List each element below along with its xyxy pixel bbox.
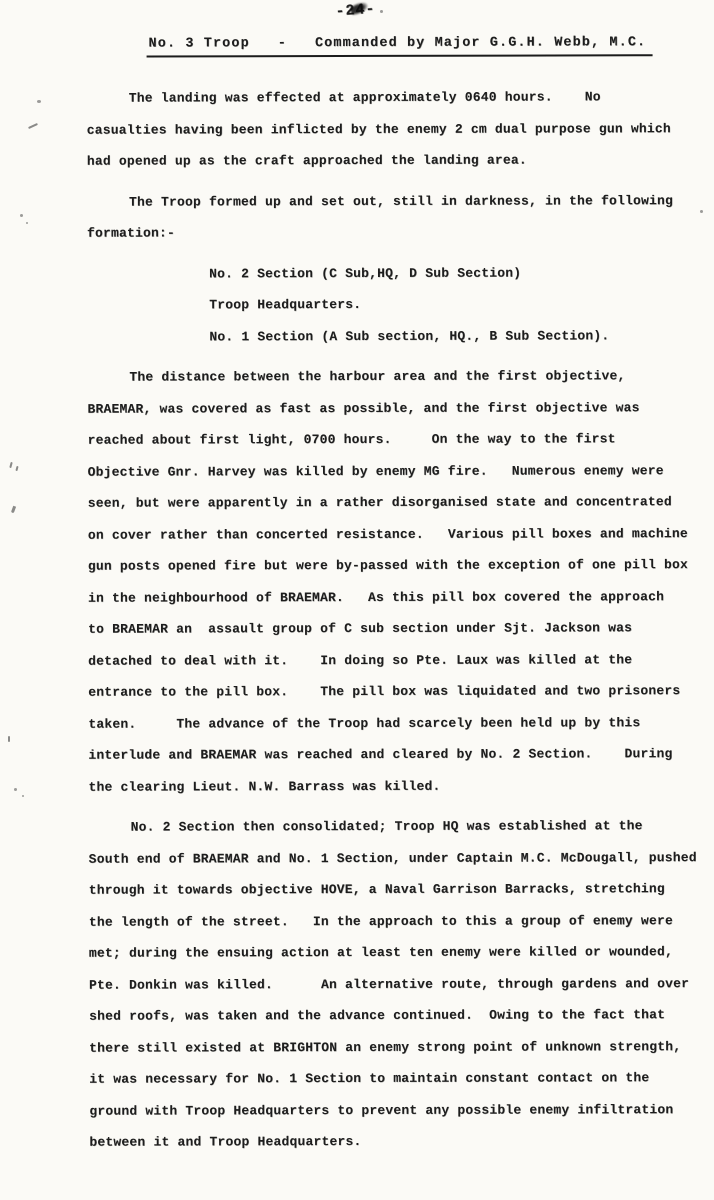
text-line: it was necessary for No. 1 Section to ma… [89, 1062, 697, 1095]
paragraph-formation-intro: The Troop formed up and set out, still i… [87, 185, 695, 250]
scan-speck [20, 214, 23, 217]
text-line: there still existed at BRIGHTON an enemy… [89, 1031, 697, 1064]
page-number: -24- [335, 1, 376, 21]
text-line: South end of BRAEMAR and No. 1 Section, … [89, 842, 697, 875]
text-line: to BRAEMAR an assault group of C sub sec… [88, 612, 696, 645]
text-line: formation:- [87, 216, 695, 249]
text-line: between it and Troop Headquarters. [89, 1125, 697, 1158]
text-line: had opened up as the craft approached th… [87, 144, 695, 177]
paragraph-advance-to-braemar: The distance between the harbour area an… [87, 360, 696, 803]
text-line: Pte. Donkin was killed. An alternative r… [89, 968, 697, 1001]
text-line: Objective Gnr. Harvey was killed by enem… [88, 455, 696, 488]
text-line: No. 1 Section (A Sub section, HQ., B Sub… [209, 320, 695, 353]
text-line: interlude and BRAEMAR was reached and cl… [88, 738, 696, 771]
scan-speck [22, 795, 24, 797]
text-line: the clearing Lieut. N.W. Barrass was kil… [88, 770, 696, 803]
text-line: The landing was effected at approximatel… [87, 81, 695, 114]
scan-speck [14, 788, 17, 791]
document-content: -24- No. 3 Troop-Commanded by Major G.G.… [0, 0, 714, 1200]
text-line: BRAEMAR, was covered as fast as possible… [87, 392, 695, 425]
text-line: No. 2 Section then consolidated; Troop H… [89, 810, 697, 843]
text-line: reached about first light, 0700 hours. O… [88, 423, 696, 456]
document-title: No. 3 Troop-Commanded by Major G.G.H. We… [147, 35, 653, 57]
text-line: Troop Headquarters. [209, 288, 695, 321]
text-line: seen, but were apparently in a rather di… [88, 486, 696, 519]
text-line: in the neighbourhood of BRAEMAR. As this… [88, 581, 696, 614]
title-troop: No. 3 Troop [149, 36, 250, 51]
scan-speck [26, 222, 28, 224]
scan-speck [380, 10, 383, 13]
text-line: detached to deal with it. In doing so Pt… [88, 644, 696, 677]
paragraph-formation-list: No. 2 Section (C Sub,HQ, D Sub Section)T… [87, 257, 695, 353]
scan-speck [8, 736, 10, 742]
text-line: met; during the ensuing action at least … [89, 936, 697, 969]
title-separator: - [250, 36, 315, 51]
paragraph-consolidation: No. 2 Section then consolidated; Troop H… [89, 810, 698, 1158]
text-line: through it towards objective HOVE, a Nav… [89, 873, 697, 906]
text-line: entrance to the pill box. The pill box w… [88, 675, 696, 708]
text-line: shed roofs, was taken and the advance co… [89, 999, 697, 1032]
text-line: The Troop formed up and set out, still i… [87, 185, 695, 218]
text-line: gun posts opened fire but were by-passed… [88, 549, 696, 582]
paragraph-landing: The landing was effected at approximatel… [87, 81, 695, 177]
scanned-document-page: -24- No. 3 Troop-Commanded by Major G.G.… [0, 0, 714, 1200]
text-line: casualties having been inflicted by the … [87, 113, 695, 146]
text-line: The distance between the harbour area an… [87, 360, 695, 393]
scan-speck [700, 210, 703, 213]
text-line: ground with Troop Headquarters to preven… [89, 1094, 697, 1127]
text-line: on cover rather than concerted resistanc… [88, 518, 696, 551]
text-line: taken. The advance of the Troop had scar… [88, 707, 696, 740]
text-line: No. 2 Section (C Sub,HQ, D Sub Section) [209, 257, 695, 290]
scan-speck [37, 100, 41, 103]
title-commander: Commanded by Major G.G.H. Webb, M.C. [315, 35, 646, 51]
document-body: The landing was effected at approximatel… [0, 81, 714, 1158]
text-line: the length of the street. In the approac… [89, 905, 697, 938]
